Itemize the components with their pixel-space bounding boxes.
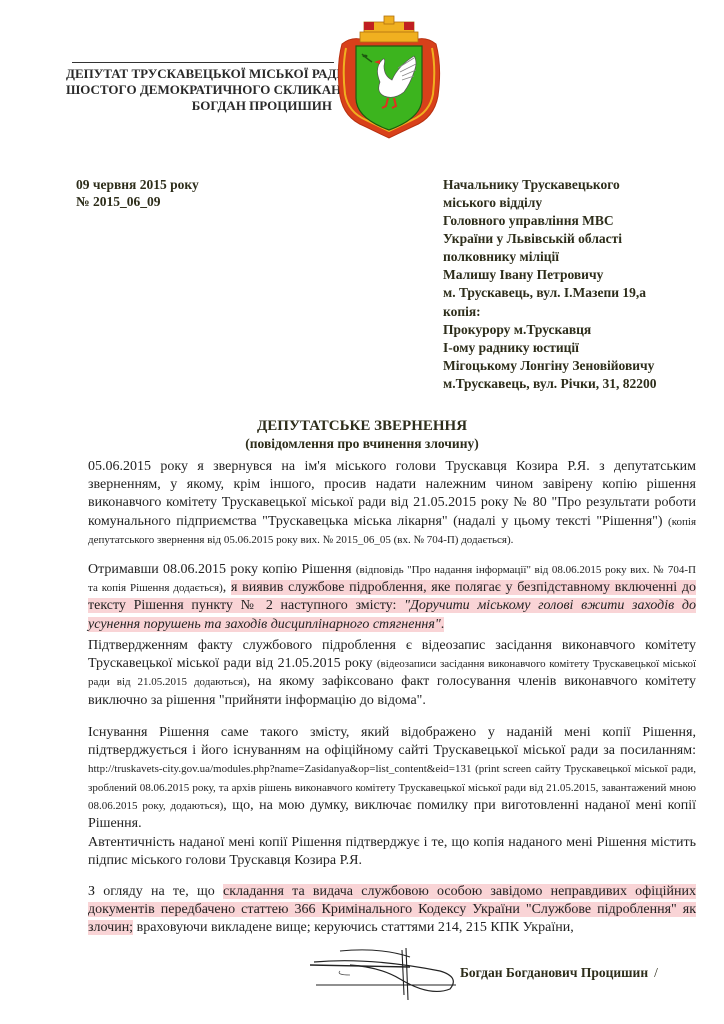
p6-text-b: враховуючи викладене вище; керуючись ста…	[133, 920, 574, 935]
signer-name: Богдан Богданович Процишин	[460, 965, 648, 980]
p4-text-a: Існування Рішення саме такого змісту, як…	[88, 725, 696, 758]
addressee-line: м. Трускавець, вул. І.Мазепи 19,а	[443, 284, 646, 302]
signer-name-block: Богдан Богданович Процишин/	[460, 965, 658, 981]
paragraph-6: З огляду на те, що складання та видача с…	[88, 883, 696, 938]
paragraph-1: 05.06.2015 року я звернувся на ім'я місь…	[88, 458, 696, 549]
paragraph-4: Існування Рішення саме такого змісту, як…	[88, 724, 696, 833]
addressee-line: Начальнику Трускавецького	[443, 176, 646, 194]
copy-line: Мігоцькому Лонгіну Зеновійовичу	[443, 357, 656, 375]
paragraph-3: Підтвердженням факту службового підробле…	[88, 637, 696, 710]
header-rule	[72, 62, 334, 63]
header-line-1: ДЕПУТАТ ТРУСКАВЕЦЬКОЇ МІСЬКОЇ РАДИ	[66, 66, 332, 82]
letter-number: № 2015_06_09	[76, 193, 199, 210]
letter-meta: 09 червня 2015 року № 2015_06_09	[76, 176, 199, 210]
addressee-line: Головного управління МВС	[443, 212, 646, 230]
paragraph-2: Отримавши 08.06.2015 року копію Рішення …	[88, 561, 696, 634]
copy-to-block: копія: Прокурору м.Трускавця І-ому радни…	[443, 303, 656, 393]
copy-line: м.Трускавець, вул. Річки, 31, 82200	[443, 375, 656, 393]
letter-date: 09 червня 2015 року	[76, 176, 199, 193]
p5-text: Автентичність наданої мені копії Рішення…	[88, 835, 696, 868]
addressee-line: полковнику міліції	[443, 248, 646, 266]
addressee-block: Начальнику Трускавецького міського відді…	[443, 176, 646, 302]
document-title: ДЕПУТАТСЬКЕ ЗВЕРНЕННЯ (повідомлення про …	[0, 418, 724, 452]
p2-end: .	[441, 617, 445, 632]
title-subtitle: (повідомлення про вчинення злочину)	[0, 435, 724, 452]
paragraph-5: Автентичність наданої мені копії Рішення…	[88, 834, 696, 870]
p6-text-a: З огляду на те, що	[88, 884, 223, 899]
p2-text-a: Отримавши 08.06.2015 року копію Рішення	[88, 562, 356, 577]
header-line-2: ШОСТОГО ДЕМОКРАТИЧНОГО СКЛИКАННЯ	[66, 82, 332, 98]
p1-text: 05.06.2015 року я звернувся на ім'я місь…	[88, 459, 696, 529]
coat-of-arms-goose-icon	[334, 6, 444, 141]
addressee-line: України у Львівській області	[443, 230, 646, 248]
signature-slash: /	[654, 965, 658, 980]
p2-text-b: ,	[223, 580, 231, 595]
handwritten-signature-icon	[310, 945, 480, 1005]
copy-label: копія:	[443, 303, 656, 321]
header-line-3: БОГДАН ПРОЦИШИН	[66, 98, 332, 114]
copy-line: Прокурору м.Трускавця	[443, 321, 656, 339]
addressee-line: Малишу Івану Петровичу	[443, 266, 646, 284]
copy-line: І-ому раднику юстиції	[443, 339, 656, 357]
deputy-header: ДЕПУТАТ ТРУСКАВЕЦЬКОЇ МІСЬКОЇ РАДИ ШОСТО…	[66, 66, 332, 114]
title-main: ДЕПУТАТСЬКЕ ЗВЕРНЕННЯ	[0, 418, 724, 435]
addressee-line: міського відділу	[443, 194, 646, 212]
